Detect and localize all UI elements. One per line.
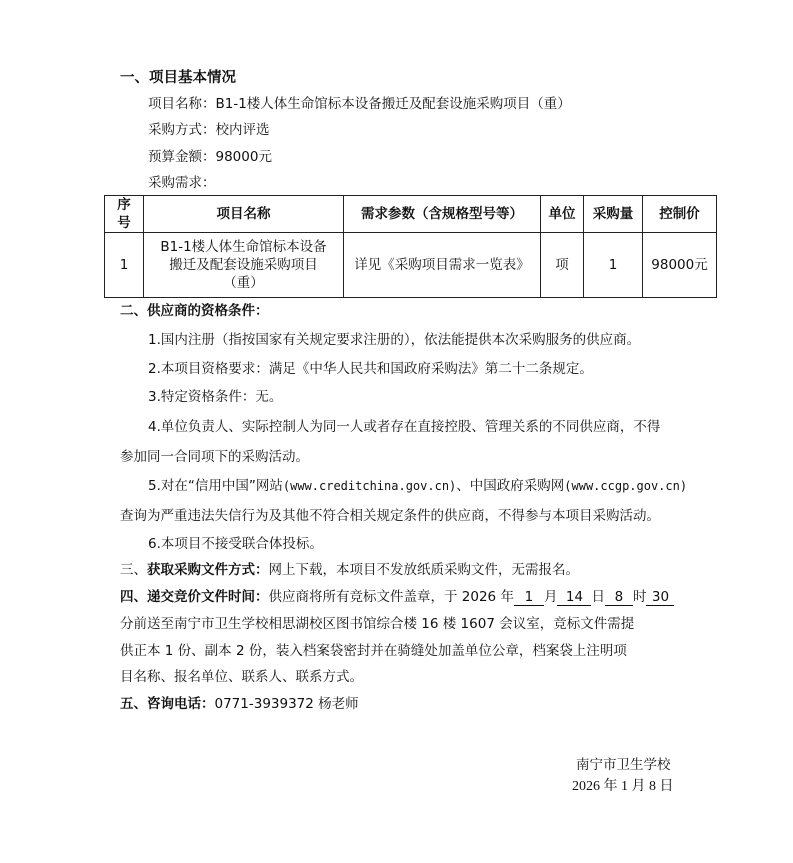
budget-value: 98000元 (216, 149, 272, 165)
signature-org: 南宁市卫生学校 (576, 755, 671, 775)
section3-number: 三、 (120, 562, 147, 578)
budget-label: 预算金额： (148, 149, 216, 165)
signature-date: 2026 年 1 月 8 日 (572, 777, 674, 797)
submission-minute: 30 (646, 589, 674, 606)
section4-line1: 四、递交竞价文件时间：供应商将所有竞标文件盖章，于 2026 年1月14日8时3… (120, 587, 674, 607)
header-control-price: 控制价 (643, 196, 717, 233)
ccgp-url: (www.ccgp.gov.cn) (564, 479, 687, 493)
procurement-method-value: 校内评选 (216, 122, 270, 138)
qualification-item-5: 5.对在“信用中国”网站(www.creditchina.gov.cn)、中国政… (148, 476, 687, 496)
header-seq: 序 号 (105, 196, 144, 233)
cell-seq: 1 (105, 233, 144, 298)
cell-unit: 项 (541, 233, 584, 298)
header-unit: 单位 (541, 196, 584, 233)
section5-label: 五、咨询电话： (120, 696, 215, 712)
submission-month: 1 (514, 589, 544, 606)
cell-price: 98000元 (643, 233, 717, 298)
qualification-item-4-cont: 参加同一合同项下的采购活动。 (120, 447, 309, 467)
section4-line3: 供正本 1 份、副本 2 份，装入档案袋密封并在骑缝处加盖单位公章，档案袋上注明… (120, 641, 627, 661)
qualification-item-4: 4.单位负责人、实际控制人为同一人或者存在直接控股、管理关系的不同供应商，不得 (148, 417, 660, 437)
section4-label: 四、递交竞价文件时间： (120, 589, 269, 605)
section4-line2: 分前送至南宁市卫生学校相思湖校区图书馆综合楼 16 楼 1607 会议室，竞标文… (120, 614, 634, 634)
requirements-label: 采购需求： (148, 173, 216, 193)
cell-project-name: B1-1楼人体生命馆标本设备 搬迁及配套设施采购项目 （重） (144, 233, 344, 298)
qualification-item-6: 6.本项目不接受联合体投标。 (148, 534, 323, 554)
header-project-name: 项目名称 (144, 196, 344, 233)
procurement-method-label: 采购方式： (148, 122, 216, 138)
qualification-item-5-cont: 查询为严重违法失信行为及其他不符合相关规定条件的供应商，不得参与本项目采购活动。 (120, 506, 660, 526)
submission-day: 14 (557, 589, 591, 606)
submission-hour: 8 (605, 589, 633, 606)
project-name-value: B1-1楼人体生命馆标本设备搬迁及配套设施采购项目（重） (216, 96, 571, 112)
section3-label: 获取采购文件方式： (147, 562, 269, 578)
section5-line: 五、咨询电话：0771-3939372 杨老师 (120, 694, 359, 714)
contact-person: 杨老师 (318, 696, 359, 712)
header-params: 需求参数（含规格型号等） (344, 196, 541, 233)
section4-line4: 目名称、报名单位、联系人、联系方式。 (120, 667, 363, 687)
section3-line: 三、获取采购文件方式：网上下载，本项目不发放纸质采购文件，无需报名。 (120, 560, 579, 580)
contact-phone: 0771-3939372 (215, 696, 314, 712)
qualification-item-3: 3.特定资格条件：无。 (148, 387, 282, 407)
procurement-method-line: 采购方式：校内评选 (148, 120, 270, 140)
cell-params: 详见《采购项目需求一览表》 (344, 233, 541, 298)
creditchina-url: (www.creditchina.gov.cn) (283, 479, 456, 493)
cell-quantity: 1 (584, 233, 643, 298)
table-row: 1 B1-1楼人体生命馆标本设备 搬迁及配套设施采购项目 （重） 详见《采购项目… (105, 233, 717, 298)
section2-heading: 二、供应商的资格条件： (120, 301, 269, 321)
project-name-label: 项目名称： (148, 96, 216, 112)
budget-line: 预算金额：98000元 (148, 147, 272, 167)
section3-text: 网上下载，本项目不发放纸质采购文件，无需报名。 (269, 562, 580, 578)
requirements-table: 序 号 项目名称 需求参数（含规格型号等） 单位 采购量 控制价 1 B1-1楼… (104, 195, 717, 298)
header-quantity: 采购量 (584, 196, 643, 233)
section1-heading: 一、项目基本情况 (120, 68, 236, 88)
table-header-row: 序 号 项目名称 需求参数（含规格型号等） 单位 采购量 控制价 (105, 196, 717, 233)
qualification-item-1: 1.国内注册（指按国家有关规定要求注册的），依法能提供本次采购服务的供应商。 (148, 330, 640, 350)
qualification-item-2: 2.本项目资格要求：满足《中华人民共和国政府采购法》第二十二条规定。 (148, 359, 593, 379)
project-name-line: 项目名称：B1-1楼人体生命馆标本设备搬迁及配套设施采购项目（重） (148, 94, 571, 114)
